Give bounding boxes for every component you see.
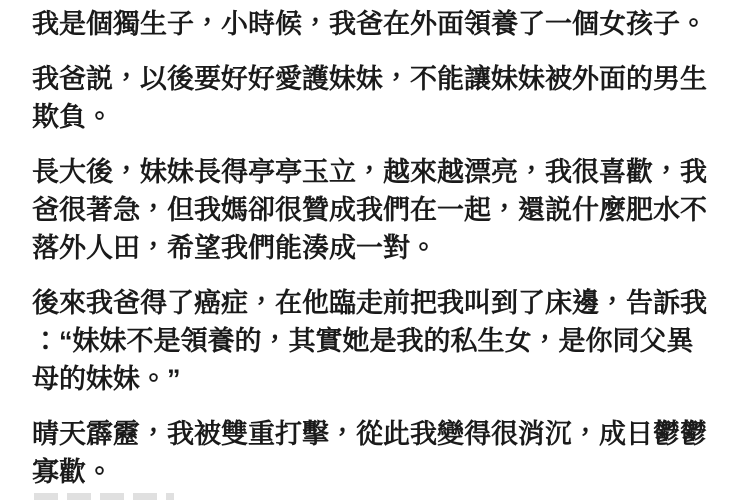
text-content: 我是個獨生子，小時候，我爸在外面領養了一個女孩子。 我爸説，以後要好好愛護妹妹，… (0, 0, 740, 491)
paragraph-5: 晴天霹靂，我被雙重打擊，從此我變得很消沉，成日鬱鬱寡歡。 (32, 415, 707, 491)
paragraph-1: 我是個獨生子，小時候，我爸在外面領養了一個女孩子。 (32, 5, 707, 43)
document-page: 我是個獨生子，小時候，我爸在外面領養了一個女孩子。 我爸説，以後要好好愛護妹妹，… (0, 0, 740, 500)
paragraph-3: 長大後，妹妹長得亭亭玉立，越來越漂亮，我很喜歡，我爸很著急，但我媽卻很贊成我們在… (32, 153, 707, 267)
clipped-next-line (34, 493, 174, 500)
paragraph-2: 我爸説，以後要好好愛護妹妹，不能讓妹妹被外面的男生欺負。 (32, 60, 707, 136)
paragraph-4: 後來我爸得了癌症，在他臨走前把我叫到了床邊，告訴我：“妹妹不是領養的，其實她是我… (32, 284, 707, 398)
